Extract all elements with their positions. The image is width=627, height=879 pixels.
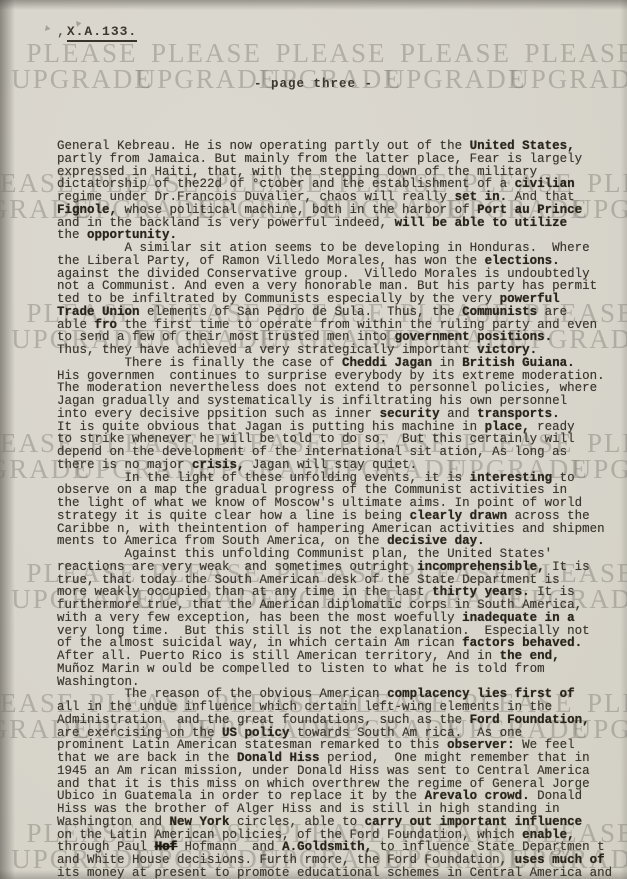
typed-text-line: and White House decisions. Furth rmore, … [57,854,625,867]
page-number-label: - page three - [0,77,627,91]
paper-speck-icon [76,20,82,27]
typed-text-line: Muñoz Marin w ould be compelled to liste… [57,663,625,676]
typed-text-line: After all. Puerto Rico is still American… [57,650,625,663]
typed-text-line: with a very few exception, has been the … [57,612,625,625]
typed-text-line: 1945 an Am rican mission, under Donald H… [57,765,625,778]
watermark-word: PLEASE [275,40,386,66]
typed-text-line: depend on the development of the interna… [57,446,625,459]
typed-text-line: into every decisive ppsition such as inn… [57,408,625,421]
stray-typed-mark: , [57,24,66,39]
typed-text-line: that we are back in the Donald Hiss peri… [57,752,625,765]
watermark-word: PLEASE [524,40,627,66]
typed-text-line: the Liberal Party, of Ramon Villedo Mora… [57,255,625,268]
paper-speck-icon [45,25,51,32]
watermark-word: PLEASE [26,40,137,66]
typed-text-line: strategy it is quite clear how a line is… [57,510,625,523]
typed-text-line: the light of what we know of Moscow's ul… [57,497,625,510]
typed-text-line: Administration and the great foundations… [57,714,625,727]
typed-text-line: General Kebreau. He is now operating par… [57,140,625,153]
watermark-word: PLEASE [151,40,262,66]
watermark-word: PLEASE [400,40,511,66]
typed-text-line: Trade Union elements of San Pedro de Sul… [57,306,625,319]
typed-text-line: reactions are very weak and sometimes ou… [57,561,625,574]
typed-text-line: partly from Jamaica. But mainly from the… [57,153,625,166]
typed-text-line: its money at present to promote educatio… [57,867,625,879]
document-body-text: General Kebreau. He is now operating par… [57,140,625,879]
scanned-document-page: PLEASEUPGRADEPLEASEUPGRADEPLEASEUPGRADEP… [0,0,627,879]
document-header: ,X.A.133. [57,24,137,42]
typed-text-line: There is finally the case of Cheddi Jaga… [57,357,625,370]
typed-text-line: ted to be infiltrated by Communists espe… [57,293,625,306]
